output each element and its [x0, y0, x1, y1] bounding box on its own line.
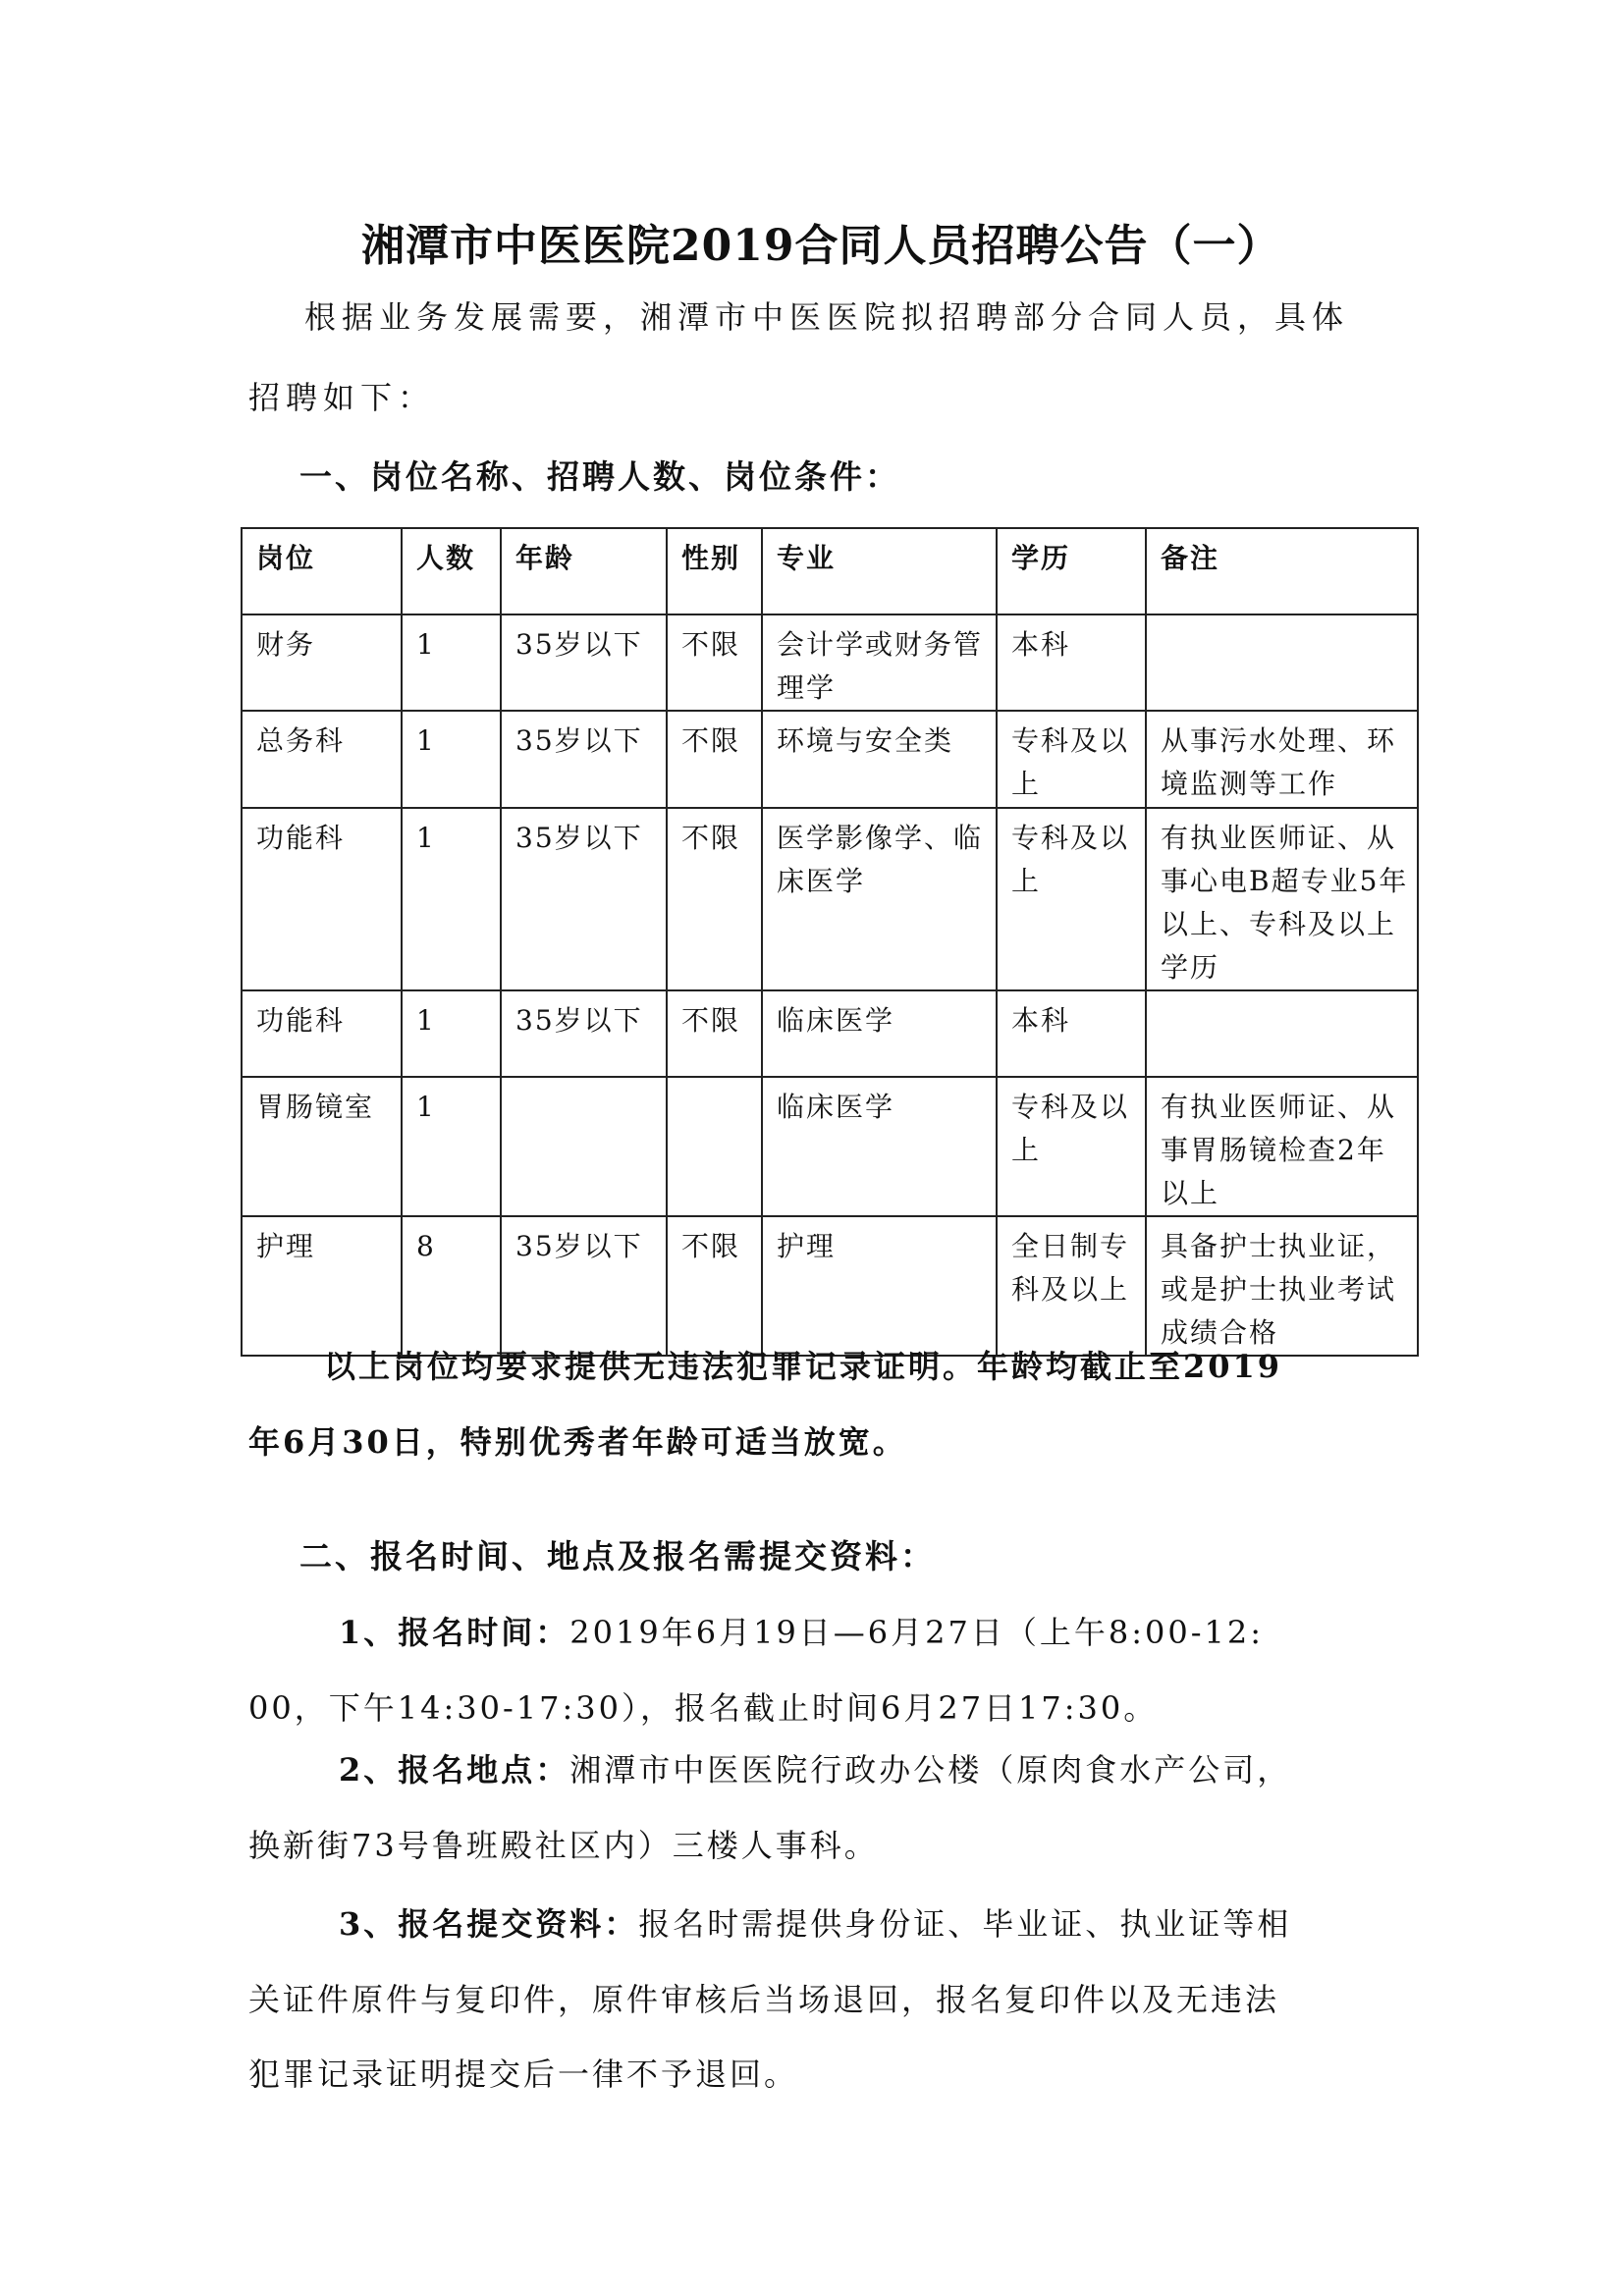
cell-count: 1: [402, 1077, 501, 1216]
reg-place-line-2: 换新街73号鲁班殿社区内）三楼人事科。: [248, 1821, 879, 1866]
cell-gender: 不限: [667, 614, 762, 711]
cell-remarks: 从事污水处理、环境监测等工作: [1146, 711, 1418, 808]
cell-age: 35岁以下: [501, 1216, 667, 1356]
reg-docs-line-3: 犯罪记录证明提交后一律不予退回。: [248, 2050, 798, 2095]
header-education: 学历: [997, 528, 1146, 614]
header-count: 人数: [402, 528, 501, 614]
cell-gender: 不限: [667, 808, 762, 990]
table-row: 护理 8 35岁以下 不限 护理 全日制专科及以上 具备护士执业证，或是护士执业…: [242, 1216, 1418, 1356]
cell-position: 财务: [242, 614, 402, 711]
cell-major: 护理: [762, 1216, 997, 1356]
cell-count: 1: [402, 990, 501, 1077]
reg-docs-line-1: 3、报名提交资料：报名时需提供身份证、毕业证、执业证等相: [339, 1899, 1291, 1945]
cell-position: 总务科: [242, 711, 402, 808]
cell-count: 8: [402, 1216, 501, 1356]
cell-remarks: [1146, 990, 1418, 1077]
cell-gender: [667, 1077, 762, 1216]
document-title: 湘潭市中医医院2019合同人员招聘公告（一）: [361, 210, 1280, 273]
table-header-row: 岗位 人数 年龄 性别 专业 学历 备注: [242, 528, 1418, 614]
reg-place-label: 2、报名地点：: [339, 1751, 569, 1789]
cell-count: 1: [402, 614, 501, 711]
cell-remarks: 有执业医师证、从事心电B超专业5年以上、专科及以上学历: [1146, 808, 1418, 990]
reg-time-label: 1、报名时间：: [339, 1614, 569, 1651]
cell-remarks: 有执业医师证、从事胃肠镜检查2年以上: [1146, 1077, 1418, 1216]
cell-education: 本科: [997, 614, 1146, 711]
intro-line-1: 根据业务发展需要，湘潭市中医医院拟招聘部分合同人员，具体: [304, 293, 1349, 338]
cell-age: 35岁以下: [501, 990, 667, 1077]
cell-position: 护理: [242, 1216, 402, 1356]
reg-time-line-1: 1、报名时间：2019年6月19日—6月27日（上午8:00-12:: [339, 1608, 1264, 1653]
cell-education: 专科及以上: [997, 711, 1146, 808]
cell-major: 医学影像学、临床医学: [762, 808, 997, 990]
cell-count: 1: [402, 808, 501, 990]
section-2-heading: 二、报名时间、地点及报名需提交资料：: [299, 1531, 936, 1577]
cell-education: 全日制专科及以上: [997, 1216, 1146, 1356]
reg-place-text: 湘潭市中医医院行政办公楼（原肉食水产公司，: [569, 1751, 1291, 1789]
table-row: 功能科 1 35岁以下 不限 医学影像学、临床医学 专科及以上 有执业医师证、从…: [242, 808, 1418, 990]
table-row: 财务 1 35岁以下 不限 会计学或财务管理学 本科: [242, 614, 1418, 711]
positions-table: 岗位 人数 年龄 性别 专业 学历 备注 财务 1 35岁以下 不限 会计学或财…: [241, 527, 1419, 1357]
reg-time-text: 2019年6月19日—6月27日（上午8:00-12:: [569, 1614, 1264, 1651]
header-age: 年龄: [501, 528, 667, 614]
reg-time-line-2: 00，下午14:30-17:30），报名截止时间6月27日17:30。: [248, 1683, 1158, 1729]
cell-major: 临床医学: [762, 990, 997, 1077]
cell-gender: 不限: [667, 990, 762, 1077]
cell-gender: 不限: [667, 711, 762, 808]
header-major: 专业: [762, 528, 997, 614]
header-gender: 性别: [667, 528, 762, 614]
cell-age: 35岁以下: [501, 711, 667, 808]
reg-docs-label: 3、报名提交资料：: [339, 1905, 638, 1943]
cell-remarks: 具备护士执业证，或是护士执业考试成绩合格: [1146, 1216, 1418, 1356]
header-remarks: 备注: [1146, 528, 1418, 614]
reg-docs-text: 报名时需提供身份证、毕业证、执业证等相: [638, 1905, 1291, 1943]
cell-education: 专科及以上: [997, 1077, 1146, 1216]
cell-education: 本科: [997, 990, 1146, 1077]
cell-age: [501, 1077, 667, 1216]
note-line-1: 以上岗位均要求提供无违法犯罪记录证明。年龄均截止至2019: [324, 1342, 1282, 1387]
cell-remarks: [1146, 614, 1418, 711]
table-row: 总务科 1 35岁以下 不限 环境与安全类 专科及以上 从事污水处理、环境监测等…: [242, 711, 1418, 808]
cell-major: 会计学或财务管理学: [762, 614, 997, 711]
cell-major: 环境与安全类: [762, 711, 997, 808]
cell-gender: 不限: [667, 1216, 762, 1356]
note-line-2: 年6月30日，特别优秀者年龄可适当放宽。: [248, 1417, 907, 1463]
cell-education: 专科及以上: [997, 808, 1146, 990]
section-1-heading: 一、岗位名称、招聘人数、岗位条件：: [299, 452, 900, 498]
cell-position: 功能科: [242, 808, 402, 990]
cell-count: 1: [402, 711, 501, 808]
cell-position: 功能科: [242, 990, 402, 1077]
cell-position: 胃肠镜室: [242, 1077, 402, 1216]
cell-age: 35岁以下: [501, 614, 667, 711]
table-row: 胃肠镜室 1 临床医学 专科及以上 有执业医师证、从事胃肠镜检查2年以上: [242, 1077, 1418, 1216]
intro-line-2: 招聘如下：: [248, 373, 435, 418]
header-position: 岗位: [242, 528, 402, 614]
table-row: 功能科 1 35岁以下 不限 临床医学 本科: [242, 990, 1418, 1077]
reg-docs-line-2: 关证件原件与复印件，原件审核后当场退回，报名复印件以及无违法: [248, 1975, 1279, 2020]
reg-place-line-1: 2、报名地点：湘潭市中医医院行政办公楼（原肉食水产公司，: [339, 1745, 1291, 1790]
cell-major: 临床医学: [762, 1077, 997, 1216]
cell-age: 35岁以下: [501, 808, 667, 990]
